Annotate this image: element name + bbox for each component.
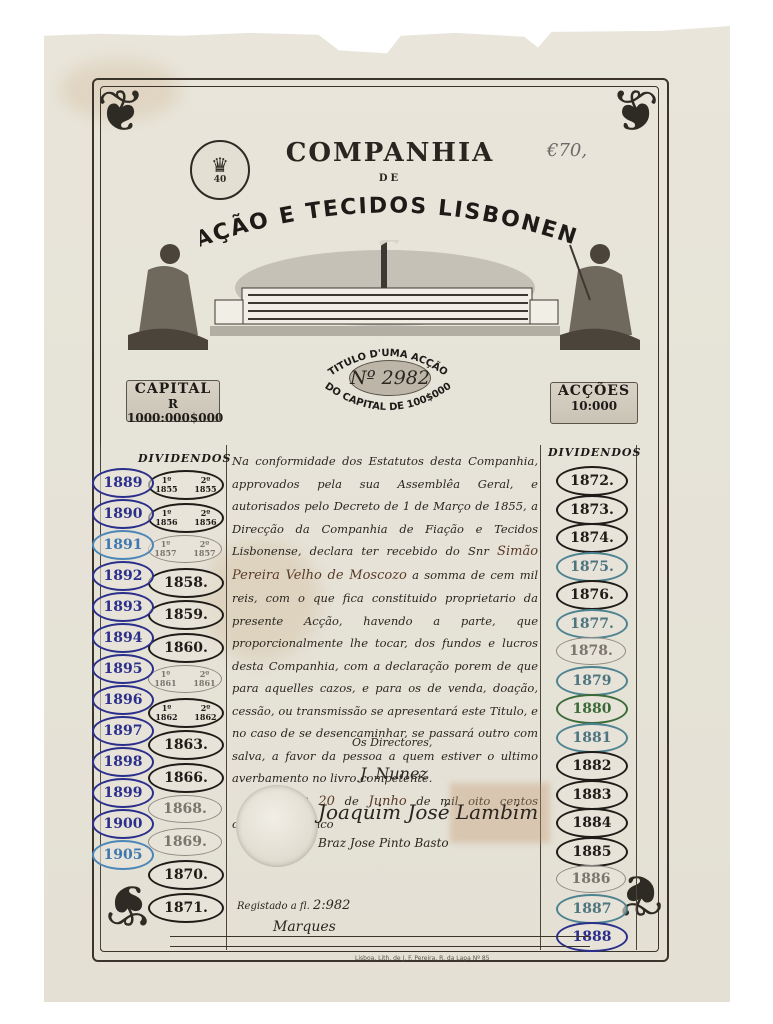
column-rule xyxy=(636,445,637,950)
company-title-de: DE xyxy=(360,173,420,184)
dividend-coupon: 1879 xyxy=(556,666,628,696)
bottom-border-rule xyxy=(170,936,590,937)
corner-ornament-icon: ❦ xyxy=(86,76,156,146)
dividend-coupon: 1889 xyxy=(92,468,154,498)
director-signature-1: J. Nunez xyxy=(360,764,428,783)
company-title: COMPANHIA xyxy=(270,138,510,168)
dividend-coupon: 1858. xyxy=(148,568,224,598)
dividend-coupon: 1872. xyxy=(556,466,628,496)
allegorical-figure-right xyxy=(560,240,640,350)
dividend-coupon: 1899 xyxy=(92,778,154,808)
director-signature-2: Joaquim José Lambim xyxy=(318,800,538,824)
registration-note: Registado a fl. 2:982 Marques xyxy=(237,898,350,935)
dividend-coupon: 1868. xyxy=(148,795,222,823)
directors-label: Os Directores, xyxy=(352,736,432,749)
dividend-coupon: 1895 xyxy=(92,654,154,684)
dividend-coupon: 1890 xyxy=(92,499,154,529)
dividend-coupon: 1º 18562º 1856 xyxy=(148,503,224,533)
shares-scroll: ACÇÕES 10:000 xyxy=(550,382,638,424)
dividend-coupon: 1869. xyxy=(148,828,222,856)
allegorical-figure-left xyxy=(128,240,208,350)
registration-label: Registado a fl. xyxy=(237,901,310,912)
dividend-coupon: 1859. xyxy=(148,600,224,630)
dividend-coupon: 1883 xyxy=(556,780,628,810)
dividends-header-left: DIVIDENDOS xyxy=(138,452,231,465)
dividend-coupon: 1897 xyxy=(92,716,154,746)
dividend-coupon: 1888 xyxy=(556,922,628,952)
capital-scroll: CAPITAL R 1000:000$000 xyxy=(126,380,220,422)
dividend-coupon: 1871. xyxy=(148,893,224,923)
pencil-price-annotation: €70, xyxy=(547,140,587,161)
share-number: Nº 2982 xyxy=(349,360,431,396)
shares-value: 10:000 xyxy=(551,399,637,413)
dividend-coupon: 1887 xyxy=(556,894,628,924)
dividend-coupon: 1896 xyxy=(92,685,154,715)
corner-ornament-icon: ❦ xyxy=(600,76,670,146)
registration-number: 2:982 xyxy=(313,898,350,913)
dividend-coupon: 1877. xyxy=(556,609,628,639)
dividend-coupon: 1881 xyxy=(556,723,628,753)
dividend-coupon: 1891 xyxy=(92,530,154,560)
body-text-terms: a somma de cem mil reis, com o que fica … xyxy=(232,568,538,786)
registration-signature: Marques xyxy=(273,919,350,935)
share-number-cartouche: TITULO D'UMA ACÇÃO DO CAPITAL DE 100$000… xyxy=(313,346,463,412)
dividend-coupon: 1900 xyxy=(92,809,154,839)
dividend-coupon: 1863. xyxy=(148,730,224,760)
crown-crest-icon: ♛ xyxy=(211,155,229,175)
dividend-coupon: 1876. xyxy=(556,580,628,610)
dividend-coupon: 1880 xyxy=(556,694,628,724)
body-text-intro: Na conformidade dos Estatutos desta Comp… xyxy=(232,454,538,558)
dividend-coupon: 1893 xyxy=(92,592,154,622)
column-rule xyxy=(226,445,227,950)
dividend-coupon: 1º 18622º 1862 xyxy=(148,698,224,728)
bottom-border-rule xyxy=(170,946,590,947)
dividend-coupon: 1860. xyxy=(148,633,224,663)
dividend-coupon: 1892 xyxy=(92,561,154,591)
factory-engraving xyxy=(210,240,560,340)
stamp-value: 40 xyxy=(214,175,227,185)
capital-label: CAPITAL xyxy=(127,381,219,397)
dividend-coupon: 1905 xyxy=(92,840,154,870)
dividend-coupon: 1866. xyxy=(148,763,224,793)
dividend-coupon: 1885 xyxy=(556,837,628,867)
printer-imprint: Lisboa, Lith. de J. F. Pereira, R. da La… xyxy=(355,955,490,962)
dividend-coupon: 1875. xyxy=(556,552,628,582)
dividend-coupon: 1º 18612º 1861 xyxy=(148,665,222,693)
shares-label: ACÇÕES xyxy=(551,383,637,399)
dividend-coupon: 1894 xyxy=(92,623,154,653)
dividend-coupon: 1873. xyxy=(556,495,628,525)
dividend-coupon: 1884 xyxy=(556,808,628,838)
column-rule xyxy=(540,445,541,950)
dividend-coupon: 1870. xyxy=(148,860,224,890)
dividend-coupon: 1898 xyxy=(92,747,154,777)
dividend-coupon: 1º 18572º 1857 xyxy=(148,535,222,563)
dividends-header-right: DIVIDENDOS xyxy=(548,446,641,459)
director-signature-3: Braz Jose Pinto Basto xyxy=(318,836,449,850)
embossed-seal xyxy=(236,785,318,867)
capital-value: R 1000:000$000 xyxy=(127,397,219,425)
dividend-coupon: 1º 18552º 1855 xyxy=(148,470,224,500)
dividend-coupon: 1886 xyxy=(556,865,626,893)
dividend-coupon: 1882 xyxy=(556,751,628,781)
dividend-coupon: 1874. xyxy=(556,523,628,553)
dividend-coupon: 1878. xyxy=(556,637,626,665)
